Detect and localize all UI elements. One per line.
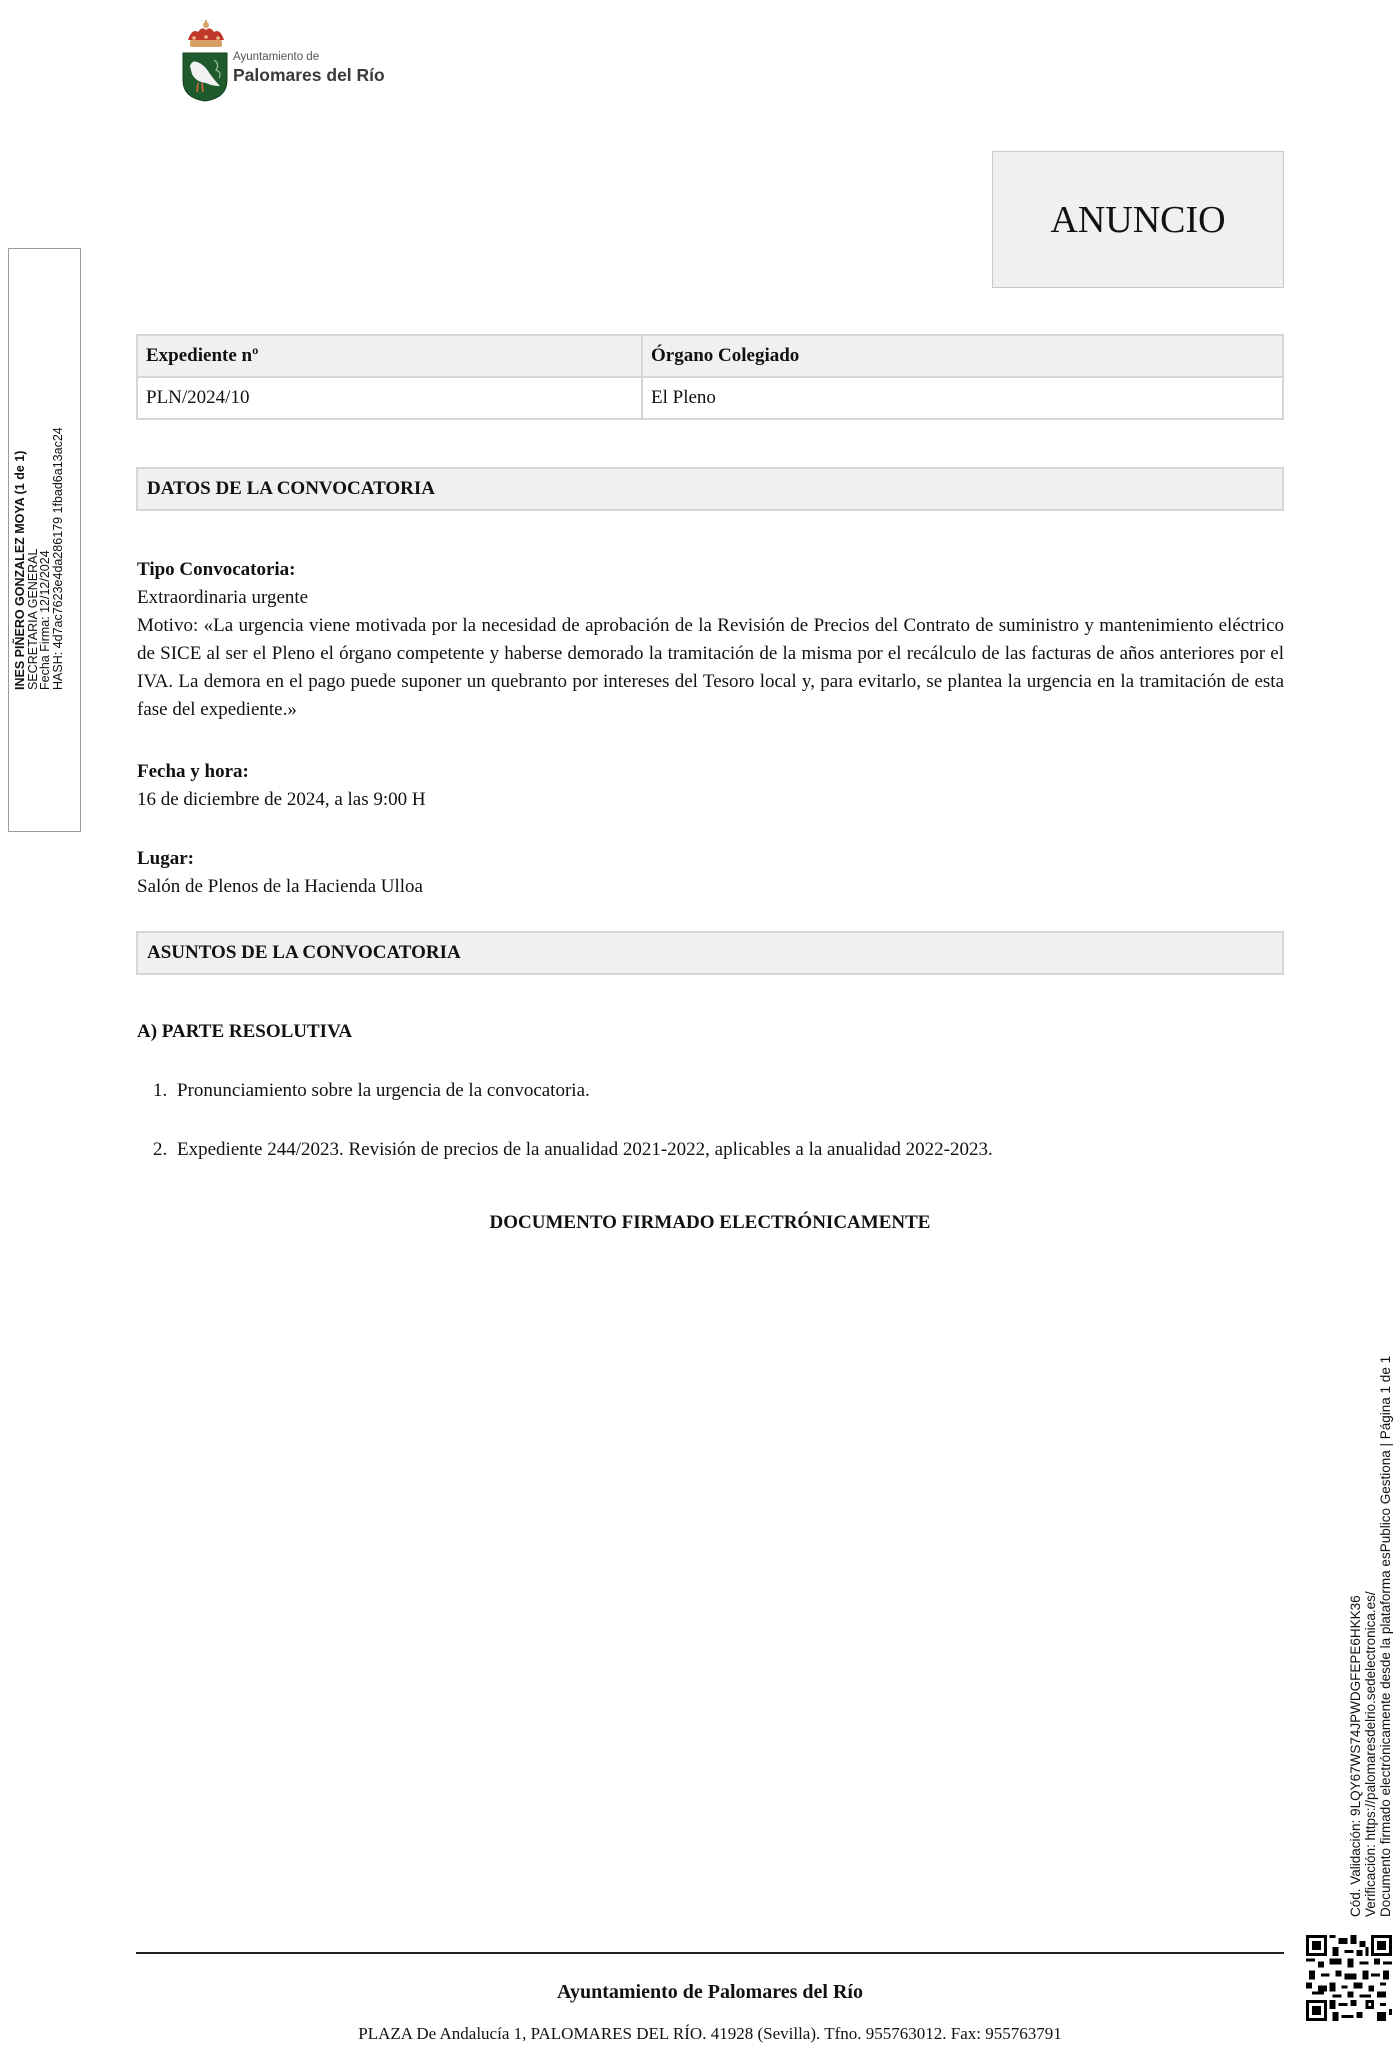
verification-text: Cód. Validación: 9LQY67WS74JPWDGFEPE6HKK… (1348, 1356, 1393, 1917)
platform-note: Documento firmado electrónicamente desde… (1378, 1356, 1393, 1917)
signature-hash: HASH: 4d7ac7623e4da286179 1fbad6a13ac24 (52, 370, 65, 690)
signed-notice: DOCUMENTO FIRMADO ELECTRÓNICAMENTE (0, 1212, 1400, 1234)
fecha-label: Fecha y hora: (137, 758, 1284, 786)
lugar-value: Salón de Plenos de la Hacienda Ulloa (137, 873, 1284, 901)
expediente-table: Expediente nº Órgano Colegiado PLN/2024/… (136, 334, 1284, 420)
fecha-block: Fecha y hora: 16 de diciembre de 2024, a… (137, 758, 1284, 814)
shield-dove-icon (182, 52, 228, 102)
tipo-label: Tipo Convocatoria: (137, 556, 1284, 584)
crown-icon (184, 20, 228, 50)
document-type: ANUNCIO (1050, 198, 1225, 242)
table-row: PLN/2024/10 El Pleno (137, 377, 1283, 419)
fecha-value: 16 de diciembre de 2024, a las 9:00 H (137, 786, 1284, 814)
table-header-row: Expediente nº Órgano Colegiado (137, 335, 1283, 377)
lugar-label: Lugar: (137, 845, 1284, 873)
signature-date: Fecha Firma: 12/12/2024 (39, 370, 52, 690)
organo-value: El Pleno (642, 377, 1283, 419)
parte-resolutiva-heading: A) PARTE RESOLUTIVA (137, 1021, 352, 1043)
validation-code: Cód. Validación: 9LQY67WS74JPWDGFEPE6HKK… (1348, 1356, 1363, 1917)
agenda-item-number: 2. (153, 1139, 167, 1161)
verification-url[interactable]: Verificación: https://palomaresdelrio.se… (1363, 1356, 1378, 1917)
header-organo: Órgano Colegiado (642, 335, 1283, 377)
logo-line-2: Palomares del Río (233, 65, 385, 86)
motivo-text: Motivo: «La urgencia viene motivada por … (137, 612, 1284, 724)
municipality-logo: Ayuntamiento de Palomares del Río (180, 18, 380, 106)
lugar-block: Lugar: Salón de Plenos de la Hacienda Ul… (137, 845, 1284, 901)
signature-text: INES PIÑERO GONZALEZ MOYA (1 de 1) SECRE… (14, 370, 64, 690)
convocatoria-details: Tipo Convocatoria: Extraordinaria urgent… (137, 556, 1284, 724)
qr-code-icon (1306, 1935, 1392, 2021)
expediente-value: PLN/2024/10 (137, 377, 642, 419)
section-asuntos: ASUNTOS DE LA CONVOCATORIA (136, 931, 1284, 975)
header-expediente: Expediente nº (137, 335, 642, 377)
document-type-box: ANUNCIO (992, 151, 1284, 288)
signer-name: INES PIÑERO GONZALEZ MOYA (1 de 1) (14, 370, 27, 690)
footer-divider (136, 1952, 1284, 1954)
section-datos: DATOS DE LA CONVOCATORIA (136, 467, 1284, 511)
footer-address: PLAZA De Andalucía 1, PALOMARES DEL RÍO.… (0, 2024, 1400, 2044)
tipo-value: Extraordinaria urgente (137, 584, 1284, 612)
footer-title: Ayuntamiento de Palomares del Río (0, 1981, 1400, 2004)
agenda-item-text: Expediente 244/2023. Revisión de precios… (177, 1139, 993, 1161)
logo-line-1: Ayuntamiento de (233, 51, 319, 63)
agenda-item-number: 1. (153, 1080, 167, 1102)
agenda-item-text: Pronunciamiento sobre la urgencia de la … (177, 1080, 590, 1102)
